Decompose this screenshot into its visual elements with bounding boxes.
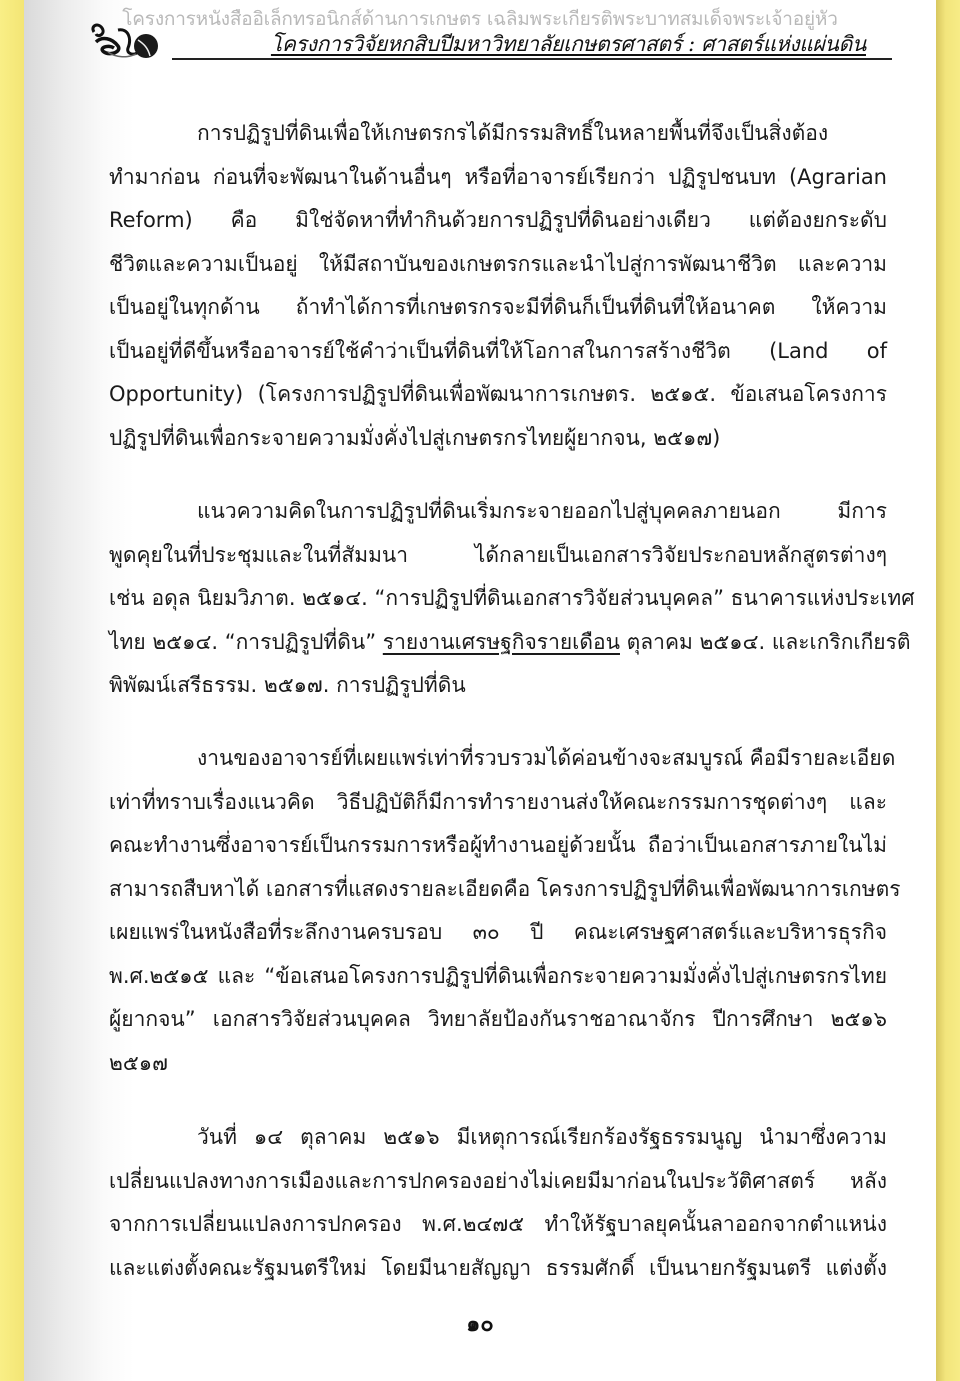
book-series-title: โครงการวิจัยหกสิบปีมหาวิทยาลัยเกษตรศาสตร…	[271, 28, 866, 61]
text-line: งานของอาจารย์ที่เผยแพร่เท่าที่รวบรวมได้ค…	[109, 737, 887, 781]
text-line: เป็นอยู่ในทุกด้าน ถ้าทำได้การที่เกษตรกรจ…	[109, 286, 887, 330]
text-line: Reform) คือ มิใช่จัดหาที่ทำกินด้วยการปฏิ…	[109, 199, 887, 243]
text-line: แนวความคิดในการปฏิรูปที่ดินเริ่มกระจายออ…	[109, 490, 887, 534]
text-line: พูดคุยในที่ประชุมและในที่สัมมนา ได้กลายเ…	[109, 534, 887, 578]
text-line-with-reference: ไทย ๒๕๑๔. “การปฏิรูปที่ดิน” รายงานเศรษฐก…	[109, 621, 887, 665]
paragraph-3: งานของอาจารย์ที่เผยแพร่เท่าที่รวบรวมได้ค…	[109, 737, 887, 1085]
text-line: และแต่งตั้งคณะรัฐมนตรีใหม่ โดยมีนายสัญญา…	[109, 1247, 887, 1291]
text-line: เปลี่ยนแปลงทางการเมืองและการปกครองอย่างไ…	[109, 1160, 887, 1204]
text-line: การปฏิรูปที่ดินเพื่อให้เกษตรกรได้มีกรรมส…	[109, 112, 887, 156]
text-line: เผยแพร่ในหนังสือที่ระลึกงานครบรอบ ๓๐ ปี …	[109, 911, 887, 955]
document-page: โครงการหนังสืออิเล็กทรอนิกส์ด้านการเกษตร…	[24, 0, 936, 1381]
university-emblem-icon	[88, 22, 168, 62]
text-line: ปฏิรูปที่ดินเพื่อกระจายความมั่งคั่งไปสู่…	[109, 417, 887, 461]
citation-text: ไทย ๒๕๑๔. “การปฏิรูปที่ดิน”	[109, 630, 383, 654]
text-line: จากการเปลี่ยนแปลงการปกครอง พ.ศ.๒๔๗๕ ทำให…	[109, 1203, 887, 1247]
text-line: ชีวิตและความเป็นอยู่ ให้มีสถาบันของเกษตร…	[109, 243, 887, 287]
text-line: ทำมาก่อน ก่อนที่จะพัฒนาในด้านอื่นๆ หรือท…	[109, 156, 887, 200]
paragraph-2: แนวความคิดในการปฏิรูปที่ดินเริ่มกระจายออ…	[109, 490, 887, 708]
header-divider	[172, 58, 892, 60]
citation-text: ตุลาคม ๒๕๑๔. และเกริกเกียรติ	[620, 630, 911, 654]
text-line: พิพัฒน์เสรีธรรม. ๒๕๑๗. การปฏิรูปที่ดิน	[109, 664, 887, 708]
text-line: สามารถสืบหาได้ เอกสารที่แสดงรายละเอียดคื…	[109, 868, 887, 912]
text-line: เป็นอยู่ที่ดีขึ้นหรืออาจารย์ใช้คำว่าเป็น…	[109, 330, 887, 374]
text-line: Opportunity) (โครงการปฏิรูปที่ดินเพื่อพั…	[109, 373, 887, 417]
text-line: เช่น อดุล นิยมวิภาต. ๒๕๑๔. “การปฏิรูปที่…	[109, 577, 887, 621]
text-line: พ.ศ.๒๕๑๕ และ “ข้อเสนอโครงการปฏิรูปที่ดิน…	[109, 955, 887, 999]
text-line: ๒๕๑๗	[109, 1042, 887, 1086]
paragraph-4: วันที่ ๑๔ ตุลาคม ๒๕๑๖ มีเหตุการณ์เรียกร้…	[109, 1116, 887, 1290]
page-number: ๑๐	[24, 1306, 936, 1341]
underlined-publication-title: รายงานเศรษฐกิจรายเดือน	[383, 630, 620, 654]
text-line: เท่าที่ทราบเรื่องแนวคิด วิธีปฏิบัติก็มีก…	[109, 781, 887, 825]
left-page-margin	[0, 0, 24, 1381]
right-page-margin	[936, 0, 960, 1381]
text-line: ผู้ยากจน” เอกสารวิจัยส่วนบุคคล วิทยาลัยป…	[109, 998, 887, 1042]
text-line: คณะทำงานซึ่งอาจารย์เป็นกรรมการหรือผู้ทำง…	[109, 824, 887, 868]
paragraph-1: การปฏิรูปที่ดินเพื่อให้เกษตรกรได้มีกรรมส…	[109, 112, 887, 460]
text-line: วันที่ ๑๔ ตุลาคม ๒๕๑๖ มีเหตุการณ์เรียกร้…	[109, 1116, 887, 1160]
